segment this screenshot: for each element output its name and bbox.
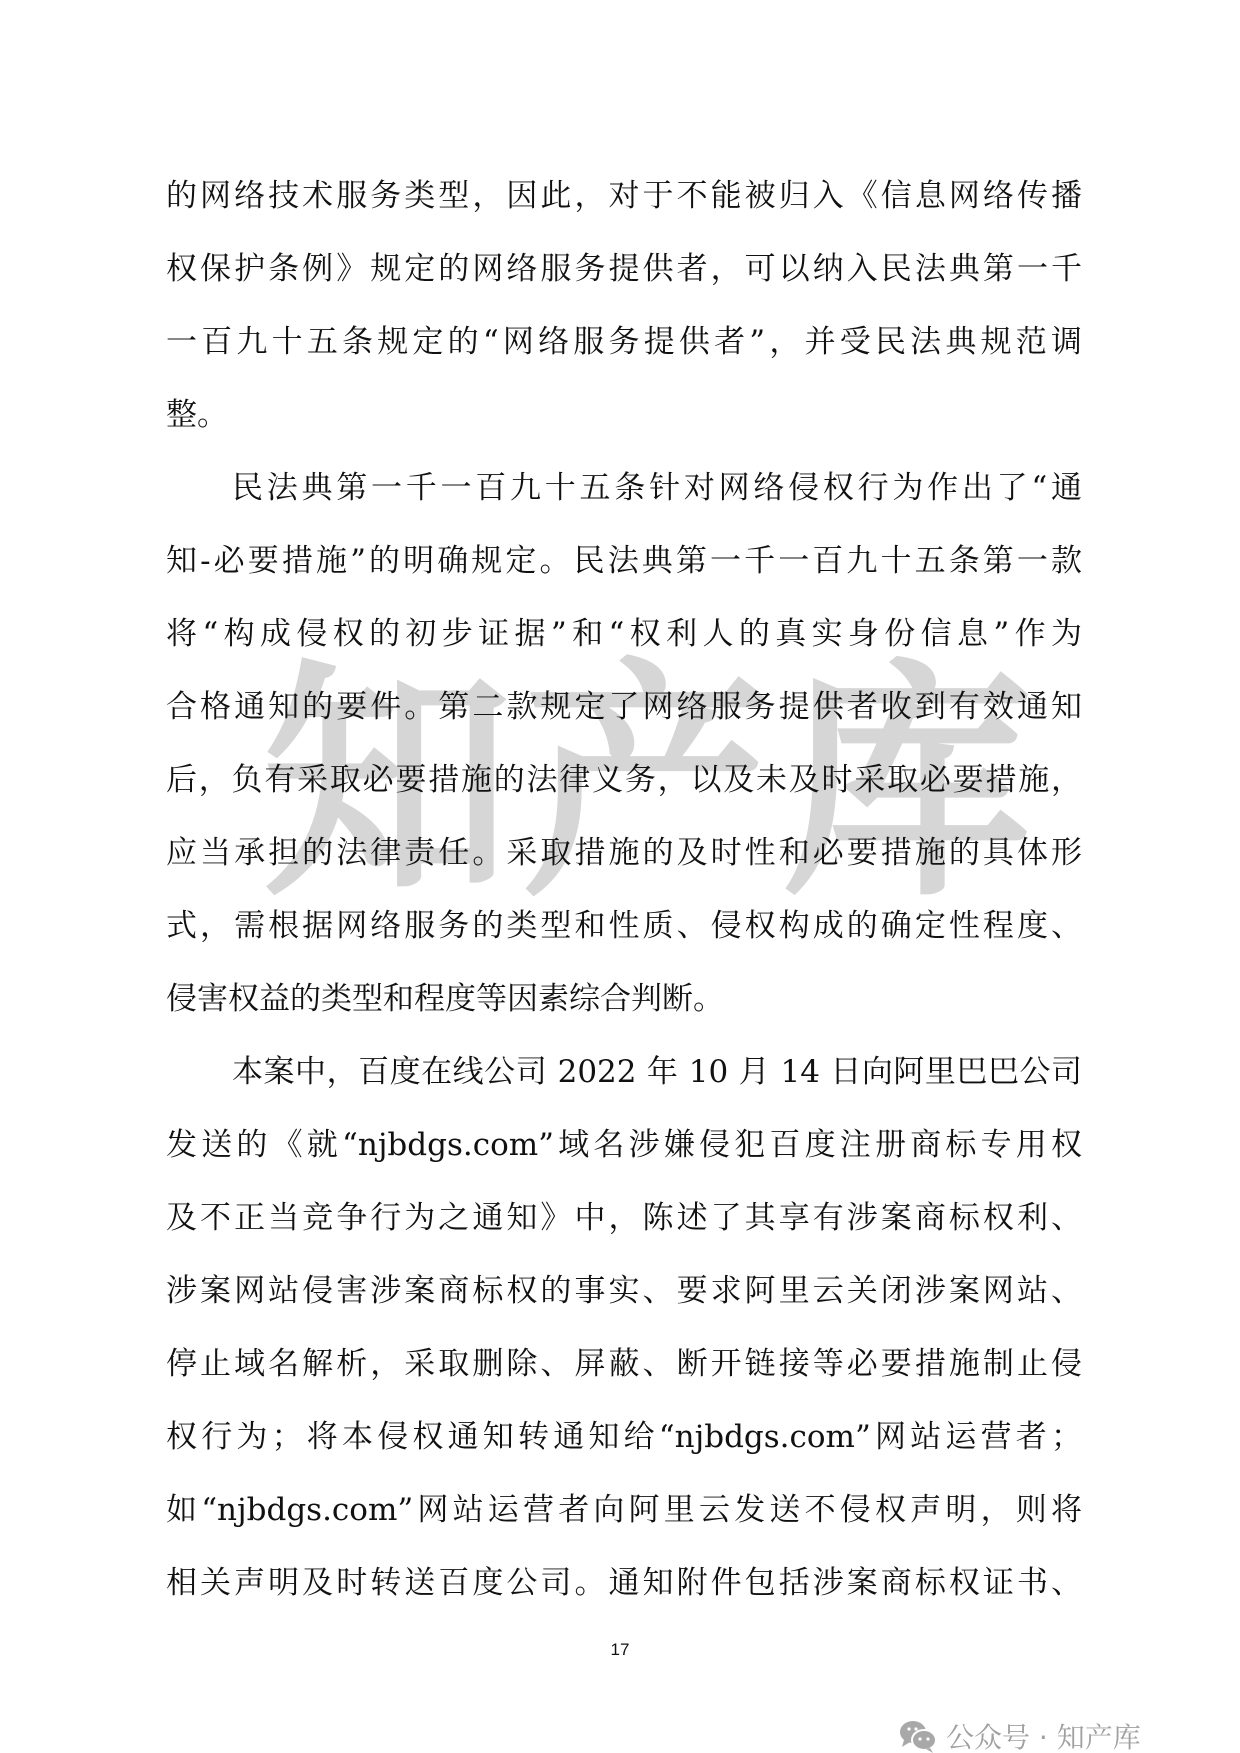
text-line: 侵害权益的类型和程度等因素综合判断。	[166, 979, 1082, 1019]
text-line: 式，需根据网络服务的类型和性质、侵权构成的确定性程度、	[166, 906, 1082, 946]
wechat-icon	[898, 1718, 938, 1753]
text-line: 涉案网站侵害涉案商标权的事实、要求阿里云关闭涉案网站、	[166, 1271, 1082, 1311]
text-line: 的网络技术服务类型，因此，对于不能被归入《信息网络传播	[166, 176, 1082, 216]
text-line: 民法典第一千一百九十五条针对网络侵权行为作出了“通	[232, 468, 1082, 508]
text-line: 一百九十五条规定的“网络服务提供者”，并受民法典规范调	[166, 322, 1082, 362]
text-line: 知-必要措施”的明确规定。民法典第一千一百九十五条第一款	[166, 541, 1082, 581]
text-line: 将“构成侵权的初步证据”和“权利人的真实身份信息”作为	[166, 614, 1082, 654]
text-line: 如“njbdgs.com”网站运营者向阿里云发送不侵权声明，则将	[166, 1490, 1082, 1530]
text-line: 整。	[166, 395, 1082, 435]
text-line: 后，负有采取必要措施的法律义务，以及未及时采取必要措施，	[166, 760, 1082, 800]
text-line: 本案中，百度在线公司 2022 年 10 月 14 日向阿里巴巴公司	[232, 1052, 1082, 1092]
page-number: 17	[0, 1640, 1240, 1660]
text-line: 及不正当竞争行为之通知》中，陈述了其享有涉案商标权利、	[166, 1198, 1082, 1238]
text-line: 应当承担的法律责任。采取措施的及时性和必要措施的具体形	[166, 833, 1082, 873]
text-line: 相关声明及时转送百度公司。通知附件包括涉案商标权证书、	[166, 1563, 1082, 1603]
text-line: 合格通知的要件。第二款规定了网络服务提供者收到有效通知	[166, 687, 1082, 727]
document-page: 的网络技术服务类型，因此，对于不能被归入《信息网络传播 权保护条例》规定的网络服…	[0, 0, 1240, 1753]
footer-label: 公众号 · 知产库	[946, 1716, 1141, 1753]
text-line: 权行为；将本侵权通知转通知给“njbdgs.com”网站运营者；	[166, 1417, 1082, 1457]
footer-brand: 公众号 · 知产库	[898, 1716, 1141, 1753]
text-line: 停止域名解析，采取删除、屏蔽、断开链接等必要措施制止侵	[166, 1344, 1082, 1384]
text-line: 权保护条例》规定的网络服务提供者，可以纳入民法典第一千	[166, 249, 1082, 289]
text-line: 发送的《就“njbdgs.com”域名涉嫌侵犯百度注册商标专用权	[166, 1125, 1082, 1165]
